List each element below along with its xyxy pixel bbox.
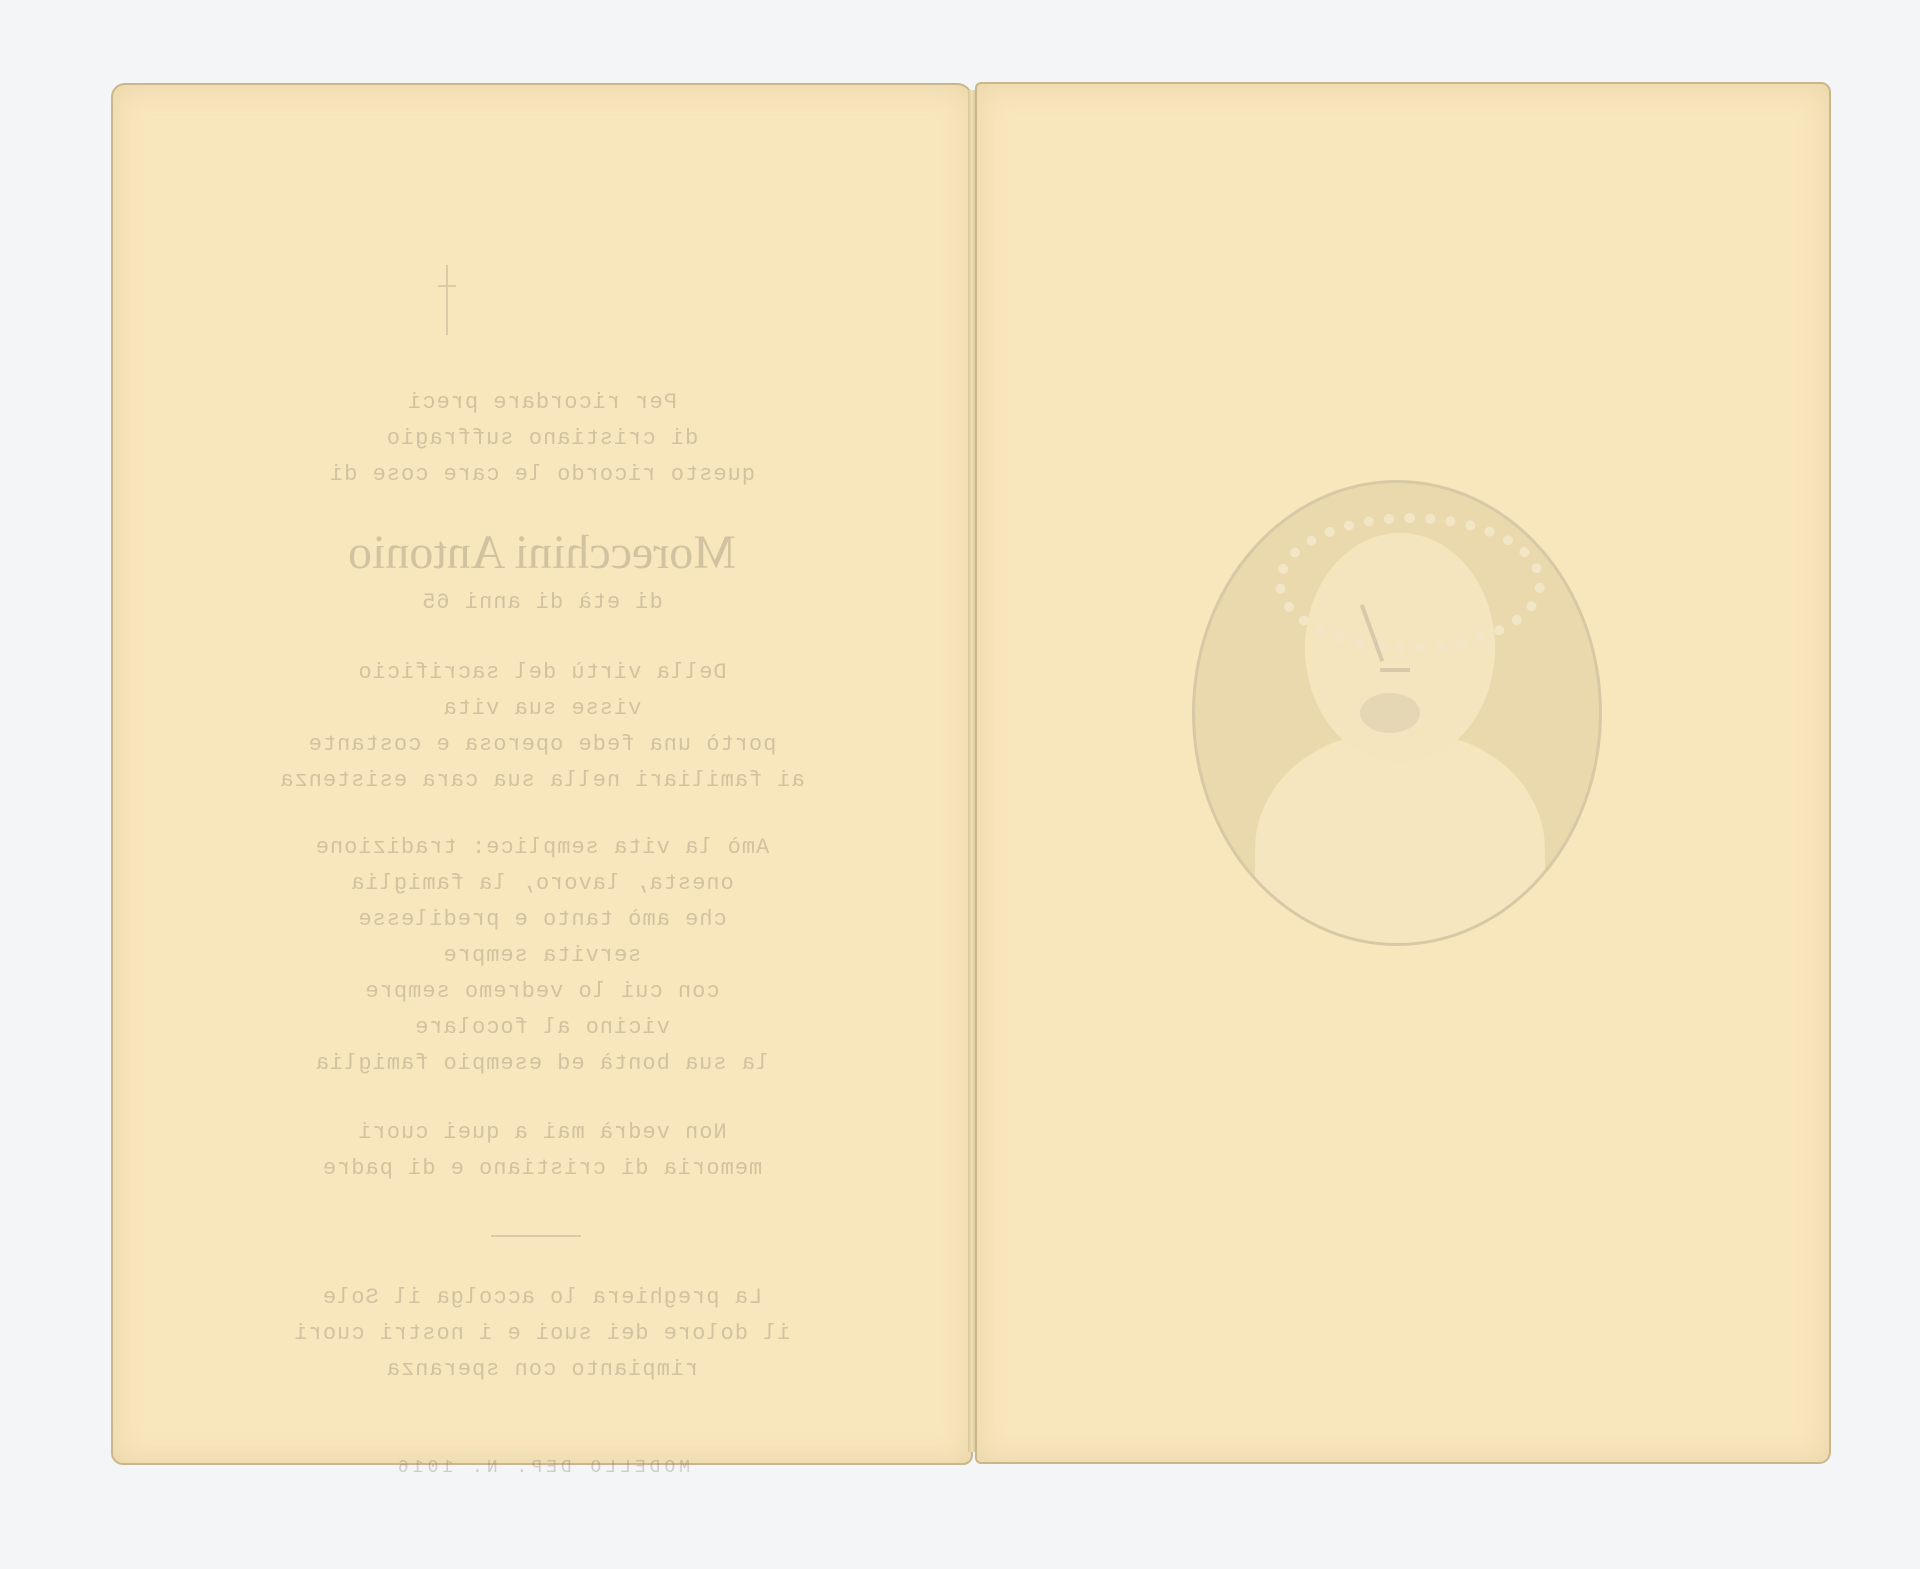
stanza-3: Non vedrà mai a quei cuori memoria di cr…	[113, 1115, 971, 1187]
divider	[491, 1235, 581, 1237]
intro-lines: Per ricordare preci di cristiano suffrag…	[113, 385, 971, 493]
card-left-panel: Per ricordare preci di cristiano suffrag…	[111, 83, 973, 1465]
face-detail	[1380, 668, 1410, 672]
show-through-text: Per ricordare preci di cristiano suffrag…	[113, 85, 971, 1463]
crown-of-thorns-icon	[1275, 513, 1545, 653]
stanza-1: Della virtù del sacrificio visse sua vit…	[113, 655, 971, 799]
stanza-2: Amò la vita semplice: tradizione onesta,…	[113, 830, 971, 1082]
age-line: di età di anni 65	[113, 585, 971, 621]
bust-shape	[1255, 733, 1545, 946]
stanza-4: La preghiera lo accolga il Sole il dolor…	[113, 1280, 971, 1388]
deceased-name: Morecchini Antonio	[113, 525, 971, 580]
christ-cameo-image	[1192, 480, 1602, 946]
beard-detail	[1360, 693, 1420, 733]
cross-icon	[444, 265, 450, 335]
printer-mark: MODELLO DEP. N. 1016	[113, 1450, 971, 1486]
